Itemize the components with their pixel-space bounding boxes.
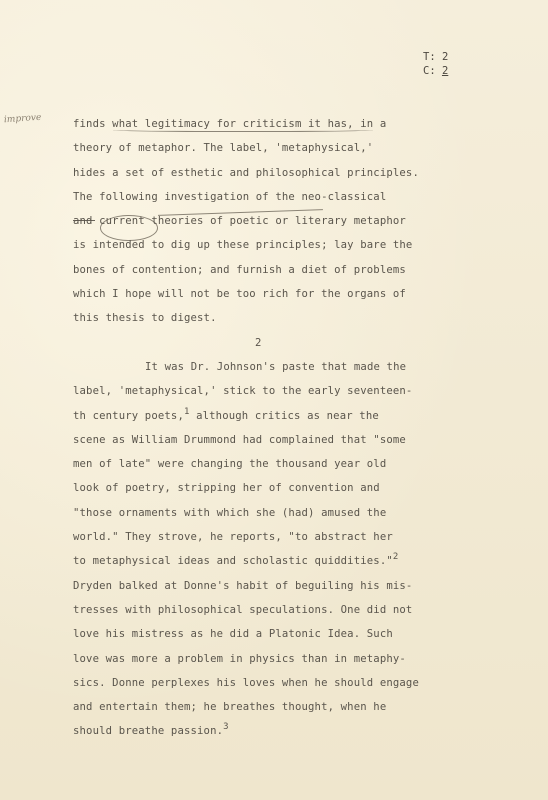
text-line: and entertain them; he breathes thought,…	[73, 695, 548, 719]
section-number: 2	[73, 331, 548, 355]
text-line: look of poetry, stripping her of convent…	[73, 476, 548, 500]
text-line: bones of contention; and furnish a diet …	[73, 258, 548, 282]
text-line: love was more a problem in physics than …	[73, 647, 548, 671]
footnote-ref-1: 1	[184, 407, 190, 417]
text-line: scene as William Drummond had complained…	[73, 428, 548, 452]
text-line: tresses with philosophical speculations.…	[73, 598, 548, 622]
text-line: sics. Donne perplexes his loves when he …	[73, 671, 548, 695]
page-marker-t: T: 2	[423, 50, 448, 64]
text-line: finds what legitimacy for criticism it h…	[73, 112, 548, 136]
typed-body-text: finds what legitimacy for criticism it h…	[73, 112, 548, 744]
page-marker-c-value: 2	[442, 65, 448, 77]
text-line-with-footnote: to metaphysical ideas and scholastic qui…	[73, 549, 548, 573]
text-line: is intended to dig up these principles; …	[73, 233, 548, 257]
text-line-with-footnote: should breathe passion.3	[73, 719, 548, 743]
text-line: which I hope will not be too rich for th…	[73, 282, 548, 306]
text-line: The following investigation of the neo-c…	[73, 185, 548, 209]
text-line: world." They strove, he reports, "to abs…	[73, 525, 548, 549]
footnote-ref-3: 3	[223, 722, 229, 732]
text-line: love his mistress as he did a Platonic I…	[73, 622, 548, 646]
text-line: "those ornaments with which she (had) am…	[73, 501, 548, 525]
text-line: men of late" were changing the thousand …	[73, 452, 548, 476]
page-marker: T: 2 C: 2	[423, 50, 448, 78]
text-line: Dryden balked at Donne's habit of beguil…	[73, 574, 548, 598]
footnote-ref-2: 2	[393, 552, 399, 562]
text-line-with-footnote: th century poets,1 although critics as n…	[73, 404, 548, 428]
text-line: this thesis to digest.	[73, 306, 548, 330]
text-line: hides a set of esthetic and philosophica…	[73, 161, 548, 185]
paragraph-first-line: It was Dr. Johnson's paste that made the	[73, 355, 548, 379]
manuscript-page: T: 2 C: 2 improve finds what legitimacy …	[0, 0, 548, 800]
text-line: theory of metaphor. The label, 'metaphys…	[73, 136, 548, 160]
text-line: label, 'metaphysical,' stick to the earl…	[73, 379, 548, 403]
margin-annotation: improve	[4, 113, 42, 126]
page-marker-c: C: 2	[423, 64, 448, 78]
text-line: and current theories of poetic or litera…	[73, 209, 548, 233]
